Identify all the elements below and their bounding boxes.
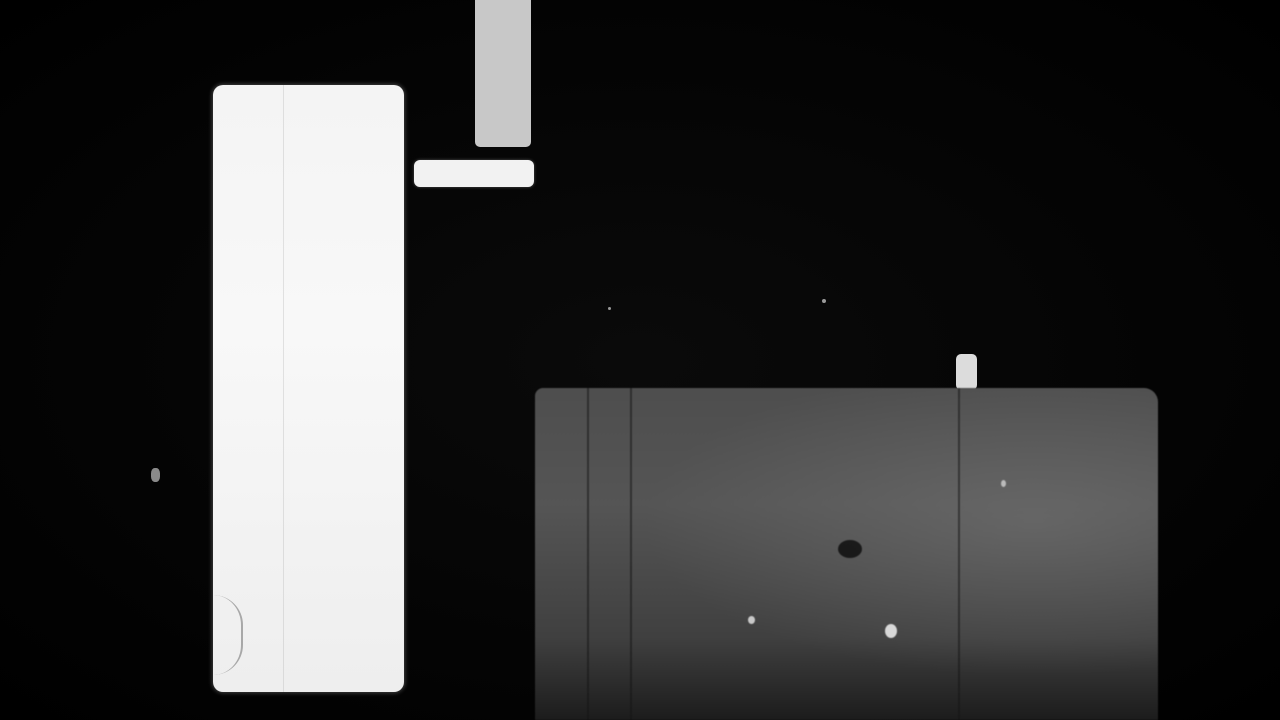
tall-white-rectangle <box>213 85 404 692</box>
film-scratch-curve <box>213 595 243 675</box>
tiny-white-block <box>956 354 977 390</box>
small-horizontal-white-bar <box>414 160 534 187</box>
top-grey-rectangle <box>475 0 531 147</box>
film-speck <box>822 299 826 303</box>
film-frame <box>0 0 1280 720</box>
film-speck <box>608 307 611 310</box>
film-scratch-line <box>958 388 960 720</box>
film-scratch-line <box>587 388 589 720</box>
large-dark-grey-rectangle <box>535 388 1158 720</box>
film-dust-spot <box>885 624 897 638</box>
film-dust-spot <box>1001 480 1006 487</box>
film-dust-spot <box>838 540 862 558</box>
film-scratch-streak <box>283 85 284 692</box>
film-dust-spot <box>748 616 755 624</box>
film-speck <box>151 468 160 482</box>
film-scratch-line <box>630 388 632 720</box>
